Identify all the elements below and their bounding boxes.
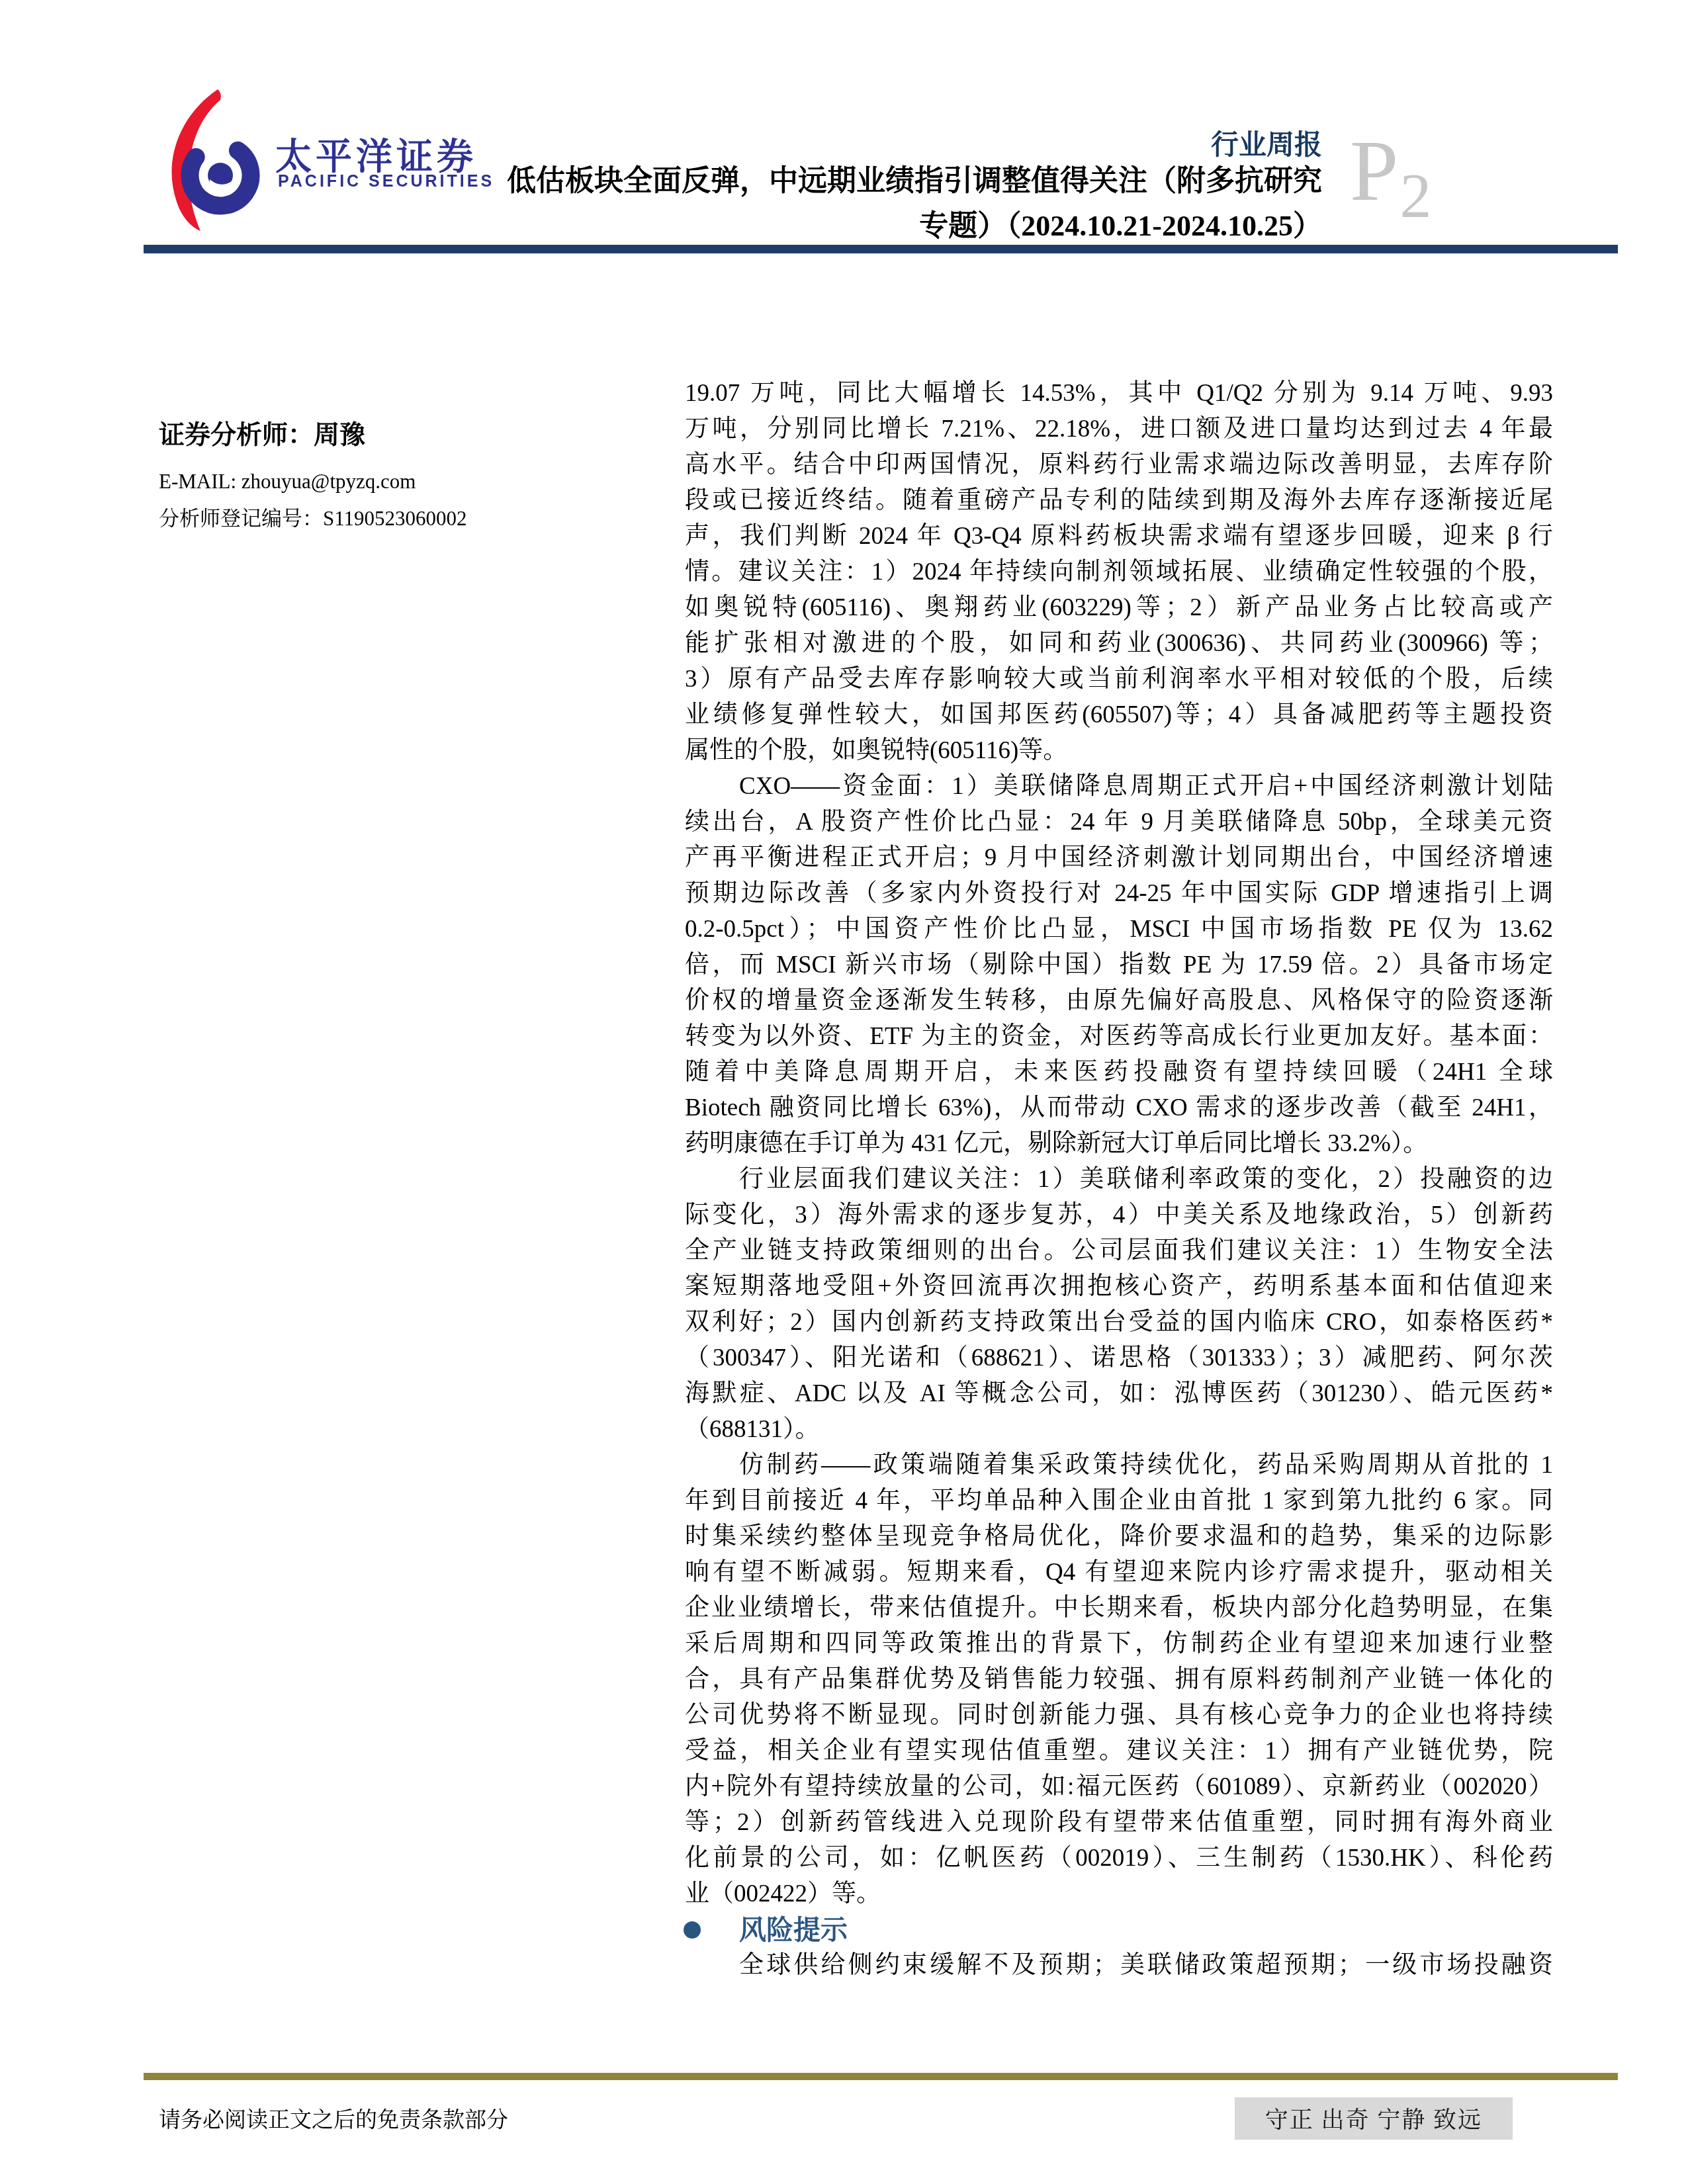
body-line: 产再平衡进程正式开启；9 月中国经济刺激计划同期出台，中国经济增速 — [685, 840, 1553, 876]
body-line: 全球供给侧约束缓解不及预期；美联储政策超预期；一级市场投融资 — [685, 1948, 1553, 1984]
body-line: 化前景的公司，如：亿帆医药（002019）、三生制药（1530.HK）、科伦药 — [685, 1841, 1553, 1876]
footer-motto-box: 守正 出奇 宁静 致远 — [1235, 2097, 1513, 2140]
page-title-line1: 低估板块全面反弹，中远期业绩指引调整值得关注（附多抗研究 — [488, 159, 1322, 204]
analyst-license-number: 分析师登记编号：S1190523060002 — [159, 500, 648, 537]
bullet-icon — [684, 1921, 701, 1939]
body-line: 仿制药——政策端随着集采政策持续优化，药品采购周期从首批的 1 — [685, 1448, 1553, 1483]
body-line: （300347）、阳光诺和（688621）、诺思格（301333）；3）减肥药、… — [685, 1340, 1553, 1376]
body-line: 时集采续约整体呈现竞争格局优化，降价要求温和的趋势，集采的边际影 — [685, 1519, 1553, 1555]
body-line: 19.07 万吨，同比大幅增长 14.53%，其中 Q1/Q2 分别为 9.14… — [685, 376, 1553, 412]
body-line: 能扩张相对激进的个股，如同和药业(300636)、共同药业(300966) 等； — [685, 626, 1553, 662]
analyst-email: E-MAIL: zhouyua@tpyzq.com — [159, 463, 648, 500]
body-line: 万吨，分别同比增长 7.21%、22.18%，进口额及进口量均达到过去 4 年最 — [685, 412, 1553, 447]
page-title-line2: 专题）（2024.10.21-2024.10.25） — [488, 204, 1322, 249]
body-line: 企业业绩增长，带来估值提升。中长期来看，板块内部分化趋势明显，在集 — [685, 1591, 1553, 1626]
report-type-label: 行业周报 — [1211, 123, 1322, 163]
paragraph: CXO——资金面：1）美联储降息周期正式开启+中国经济刺激计划陆续出台，A 股资… — [685, 769, 1553, 1162]
body-line: 3）原有产品受去库存影响较大或当前利润率水平相对较低的个股，后续 — [685, 662, 1553, 697]
body-line: （688131）。 — [685, 1412, 1553, 1448]
body-line: 海默症、ADC 以及 AI 等概念公司，如：泓博医药（301230）、皓元医药* — [685, 1376, 1553, 1412]
body-line: 段或已接近终结。随着重磅产品专利的陆续到期及海外去库存逐渐接近尾 — [685, 483, 1553, 519]
body-line: 药明康德在手订单为 431 亿元，剔除新冠大订单后同比增长 33.2%）。 — [685, 1126, 1553, 1162]
body-line: 采后周期和四同等政策推出的背景下，仿制药企业有望迎来加速行业整 — [685, 1626, 1553, 1662]
analyst-info: 证券分析师：周豫 E-MAIL: zhouyua@tpyzq.com 分析师登记… — [159, 414, 648, 537]
footer-divider — [144, 2073, 1618, 2080]
body-line: 全产业链支持政策细则的出台。公司层面我们建议关注：1）生物安全法 — [685, 1233, 1553, 1269]
body-line: 0.2-0.5pct）；中国资产性价比凸显，MSCI 中国市场指数 PE 仅为 … — [685, 912, 1553, 947]
body-line: 如奥锐特(605116)、奥翔药业(603229)等；2）新产品业务占比较高或产 — [685, 590, 1553, 626]
body-line: 公司优势将不断显现。同时创新能力强、具有核心竞争力的企业也将持续 — [685, 1698, 1553, 1733]
paragraph: 行业层面我们建议关注：1）美联储利率政策的变化，2）投融资的边际变化，3）海外需… — [685, 1162, 1553, 1448]
body-line: 属性的个股，如奥锐特(605116)等。 — [685, 733, 1553, 769]
body-line: 合，具有产品集群优势及销售能力较强、拥有原料药制剂产业链一体化的 — [685, 1662, 1553, 1698]
body-line: 业（002422）等。 — [685, 1876, 1553, 1912]
body-line: 行业层面我们建议关注：1）美联储利率政策的变化，2）投融资的边 — [685, 1162, 1553, 1198]
footer-disclaimer: 请务必阅读正文之后的免责条款部分 — [159, 2103, 508, 2134]
risk-heading-label: 风险提示 — [739, 1912, 848, 1948]
body-line: 倍，而 MSCI 新兴市场（剔除中国）指数 PE 为 17.59 倍。2）具备市… — [685, 947, 1553, 983]
paragraph: 仿制药——政策端随着集采政策持续优化，药品采购周期从首批的 1年到目前接近 4 … — [685, 1448, 1553, 1912]
report-page: 太平洋证券 PACIFIC SECURITIES 行业周报 低估板块全面反弹，中… — [0, 0, 1688, 2184]
body-line: 预期边际改善（多家内外资投行对 24-25 年中国实际 GDP 增速指引上调 — [685, 876, 1553, 912]
body-line: 价权的增量资金逐渐发生转移，由原先偏好高股息、风格保守的险资逐渐 — [685, 983, 1553, 1019]
body-line: 声，我们判断 2024 年 Q3-Q4 原料药板块需求端有望逐步回暖，迎来 β … — [685, 519, 1553, 554]
body-line: Biotech 融资同比增长 63%)，从而带动 CXO 需求的逐步改善（截至 … — [685, 1090, 1553, 1126]
body-line: 响有望不断减弱。短期来看，Q4 有望迎来院内诊疗需求提升，驱动相关 — [685, 1555, 1553, 1591]
header-divider — [144, 245, 1618, 253]
pacific-securities-logo-icon — [161, 88, 268, 232]
page-title: 低估板块全面反弹，中远期业绩指引调整值得关注（附多抗研究 专题）（2024.10… — [488, 159, 1322, 249]
brand-name-en: PACIFIC SECURITIES — [278, 172, 494, 191]
body-line: 案短期落地受阻+外资回流再次拥抱核心资产，药明系基本面和估值迎来 — [685, 1269, 1553, 1305]
body-line: 等；2）创新药管线进入兑现阶段有望带来估值重塑，同时拥有海外商业 — [685, 1805, 1553, 1841]
body-line: 高水平。结合中印两国情况，原料药行业需求端边际改善明显，去库存阶 — [685, 447, 1553, 483]
body-line: CXO——资金面：1）美联储降息周期正式开启+中国经济刺激计划陆 — [685, 769, 1553, 805]
body-line: 受益，相关企业有望实现估值重塑。建议关注：1）拥有产业链优势，院 — [685, 1733, 1553, 1769]
report-body: 19.07 万吨，同比大幅增长 14.53%，其中 Q1/Q2 分别为 9.14… — [685, 376, 1553, 1984]
body-line: 际变化，3）海外需求的逐步复苏，4）中美关系及地缘政治，5）创新药 — [685, 1198, 1553, 1233]
page-number-letter: P — [1350, 122, 1398, 219]
body-line: 转变为以外资、ETF 为主的资金，对医药等高成长行业更加友好。基本面： — [685, 1019, 1553, 1055]
paragraph: 全球供给侧约束缓解不及预期；美联储政策超预期；一级市场投融资 — [685, 1948, 1553, 1984]
analyst-name: 证券分析师：周豫 — [159, 414, 648, 451]
page-number: P2 — [1350, 127, 1430, 214]
body-line: 情。建议关注：1）2024 年持续向制剂领域拓展、业绩确定性较强的个股， — [685, 554, 1553, 590]
body-line: 随着中美降息周期开启，未来医药投融资有望持续回暖（24H1 全球 — [685, 1055, 1553, 1090]
footer-motto: 守正 出奇 宁静 致远 — [1265, 2102, 1482, 2135]
body-line: 续出台，A 股资产性价比凸显：24 年 9 月美联储降息 50bp，全球美元资 — [685, 805, 1553, 840]
body-line: 双利好；2）国内创新药支持政策出台受益的国内临床 CRO，如泰格医药* — [685, 1305, 1553, 1340]
body-line: 年到目前接近 4 年，平均单品种入围企业由首批 1 家到第九批约 6 家。同 — [685, 1483, 1553, 1519]
paragraph: 19.07 万吨，同比大幅增长 14.53%，其中 Q1/Q2 分别为 9.14… — [685, 376, 1553, 769]
risk-section-heading: 风险提示 — [685, 1912, 1553, 1948]
body-line: 内+院外有望持续放量的公司，如:福元医药（601089）、京新药业（002020… — [685, 1769, 1553, 1805]
body-line: 业绩修复弹性较大，如国邦医药(605507)等；4）具备减肥药等主题投资 — [685, 697, 1553, 733]
page-number-digit: 2 — [1399, 160, 1431, 231]
